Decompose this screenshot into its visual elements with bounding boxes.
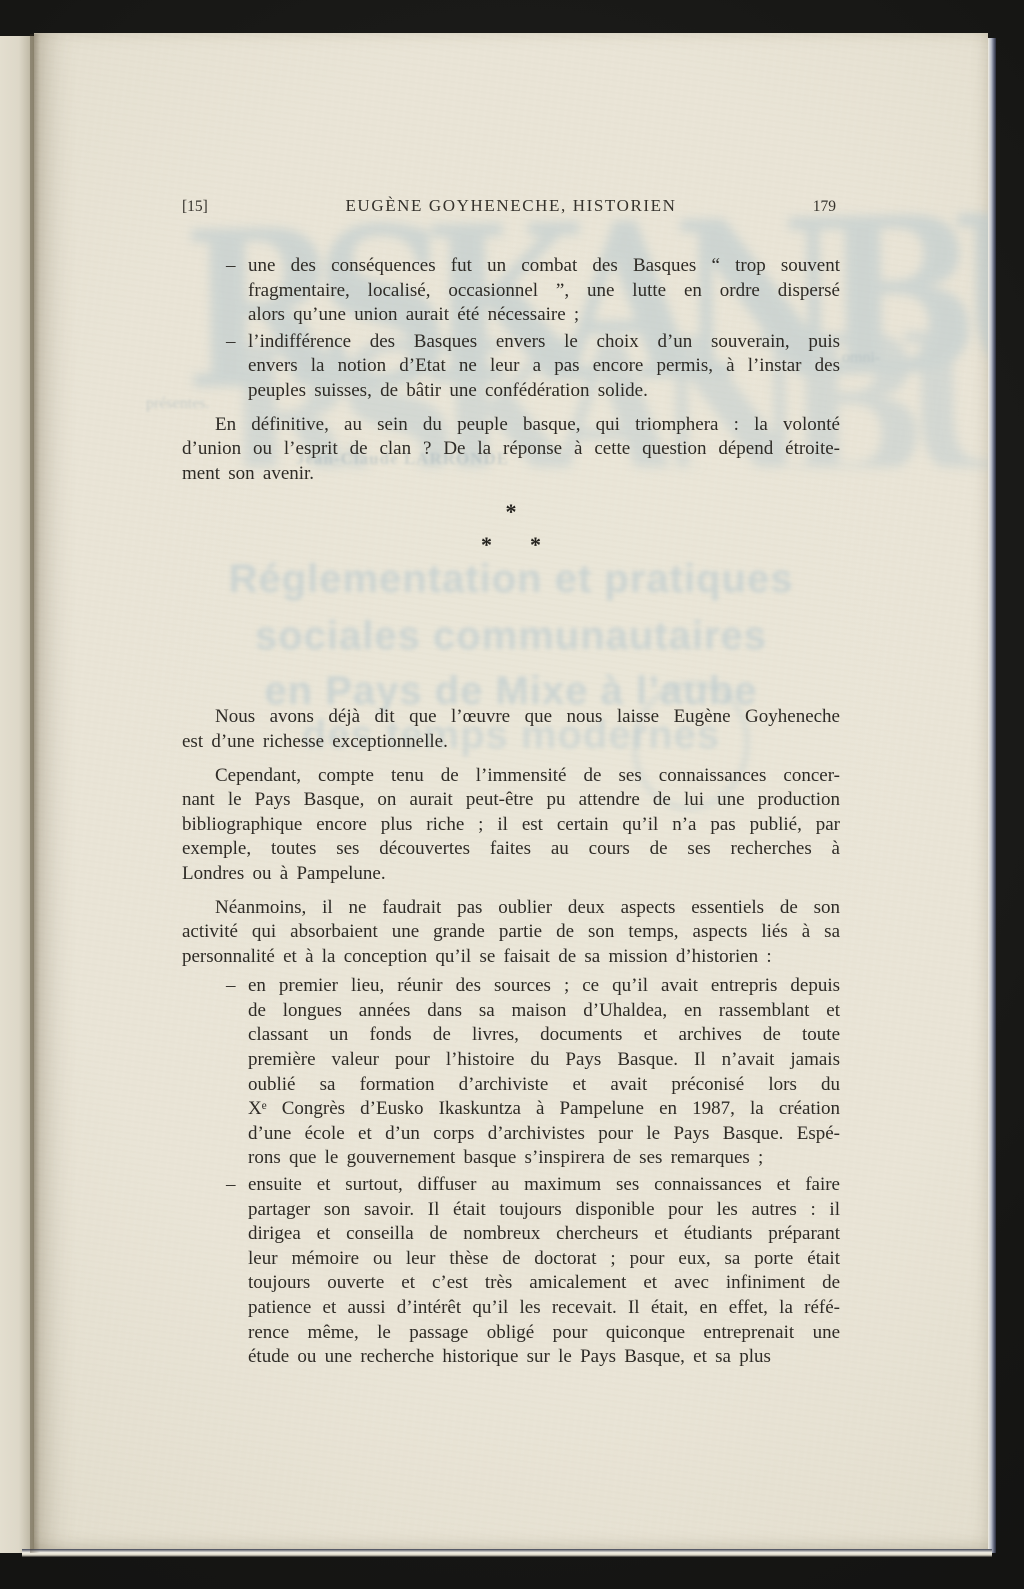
text-line: Néanmoins, il ne faudrait pas oublier de… <box>182 896 840 921</box>
text-line: en premier lieu, réunir des sources ; ce… <box>248 974 840 999</box>
dash-marker: – <box>226 1173 236 1198</box>
running-title: EUGÈNE GOYHENECHE, HISTORIEN <box>252 196 770 216</box>
text-line: nant le Pays Basque, on aurait peut-être… <box>182 788 840 813</box>
text-line: envers la notion d’Etat ne leur a pas en… <box>248 354 840 379</box>
list-item: –une des conséquences fut un combat des … <box>182 254 840 328</box>
text-line: d’union ou l’esprit de clan ? De la répo… <box>182 437 840 462</box>
text-line: activité qui absorbaient une grande part… <box>182 920 840 945</box>
text-line: Londres ou à Pampelune. <box>182 862 840 887</box>
asterisk: * <box>481 534 492 556</box>
text-line: Nous avons déjà dit que l’œuvre que nous… <box>182 705 840 730</box>
paragraph: Nous avons déjà dit que l’œuvre que nous… <box>182 705 840 754</box>
page-edge-bottom <box>22 1549 992 1557</box>
section-marker: [15] <box>182 197 252 217</box>
text-line: classant un fonds de livres, documents e… <box>248 1023 840 1048</box>
paragraph: Néanmoins, il ne faudrait pas oublier de… <box>182 896 840 970</box>
text-line: alors qu’une union aurait été nécessaire… <box>248 303 840 328</box>
text-line: bibliographique encore plus riche ; il e… <box>182 813 840 838</box>
dash-marker: – <box>226 974 236 999</box>
list-item: –ensuite et surtout, diffuser au maximum… <box>182 1173 840 1370</box>
text-line: ment son avenir. <box>182 462 840 487</box>
scan-background: RSKANBUZ RSKANBUZ Réglementation et prat… <box>0 0 1024 1589</box>
page-header: [15] EUGÈNE GOYHENECHE, HISTORIEN 179 <box>182 196 840 217</box>
text-line: d’une école et d’un corps d’archivistes … <box>248 1122 840 1147</box>
text-line: toujours ouverte et c’est très amicaleme… <box>248 1271 840 1296</box>
text-line: ensuite et surtout, diffuser au maximum … <box>248 1173 840 1198</box>
gutter-crease <box>30 34 40 1553</box>
dash-marker: – <box>226 330 236 355</box>
text-line: rons que le gouvernement basque s’inspir… <box>248 1146 840 1171</box>
text-line: oublié sa formation d’archiviste et avai… <box>248 1073 840 1098</box>
list-item: –en premier lieu, réunir des sources ; c… <box>182 974 840 1171</box>
text-column: [15] EUGÈNE GOYHENECHE, HISTORIEN 179 –u… <box>182 196 840 1370</box>
text-line: rence même, le passage obligé pour quico… <box>248 1321 840 1346</box>
text-line: fragmentaire, localisé, occasionnel ”, u… <box>248 279 840 304</box>
section-divider: *** <box>182 501 840 556</box>
text-line: personnalité et à la conception qu’il se… <box>182 945 840 970</box>
text-line: première valeur pour l’histoire du Pays … <box>248 1048 840 1073</box>
asterisk: * <box>506 501 517 523</box>
text-line: l’indifférence des Basques envers le cho… <box>248 330 840 355</box>
text-line: Xᵉ Congrès d’Eusko Ikaskuntza à Pampelun… <box>248 1097 840 1122</box>
text-line: leur mémoire ou leur thèse de doctorat ;… <box>248 1247 840 1272</box>
text-line: En définitive, au sein du peuple basque,… <box>182 413 840 438</box>
text-line: Cependant, compte tenu de l’immensité de… <box>182 764 840 789</box>
page-number: 179 <box>770 197 840 217</box>
page-edge-right <box>988 38 996 1553</box>
dash-marker: – <box>226 254 236 279</box>
text-line: partager son savoir. Il était toujours d… <box>248 1198 840 1223</box>
text-line: est d’une richesse exceptionnelle. <box>182 730 840 755</box>
text-line: une des conséquences fut un combat des B… <box>248 254 840 279</box>
book-page: RSKANBUZ RSKANBUZ Réglementation et prat… <box>34 33 988 1551</box>
text-line: dirigea et conseilla de nombreux cherche… <box>248 1222 840 1247</box>
text-line: de longues années dans sa maison d’Uhald… <box>248 999 840 1024</box>
paragraph: Cependant, compte tenu de l’immensité de… <box>182 764 840 887</box>
bleedthrough-right-margin-text: omni- <box>842 349 880 367</box>
asterisk: * <box>530 534 541 556</box>
text-line: étude ou une recherche historique sur le… <box>248 1345 840 1370</box>
underlying-page-edge <box>0 36 34 1553</box>
paragraph: En définitive, au sein du peuple basque,… <box>182 413 840 487</box>
list-item: –l’indifférence des Basques envers le ch… <box>182 330 840 404</box>
text-line: peuples suisses, de bâtir une confédérat… <box>248 379 840 404</box>
text-line: exemple, toutes ses découvertes faites a… <box>182 837 840 862</box>
text-blocks: –une des conséquences fut un combat des … <box>182 254 840 1370</box>
text-line: patience et aussi d’intérêt qu’il les re… <box>248 1296 840 1321</box>
